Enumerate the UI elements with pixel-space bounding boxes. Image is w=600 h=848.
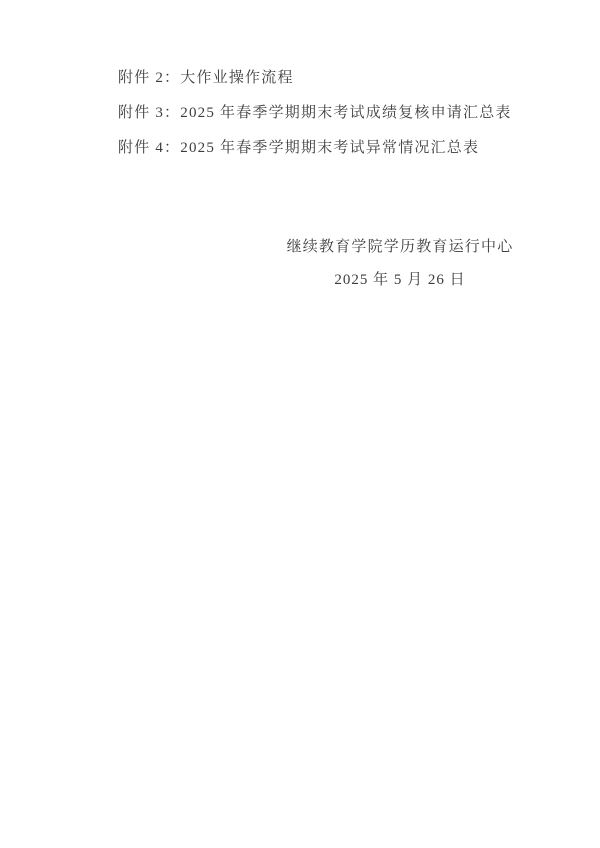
signature-organization: 继续教育学院学历教育运行中心 <box>283 237 517 257</box>
attachment-item-3: 附件 3：2025 年春季学期期末考试成绩复核申请汇总表 <box>118 96 540 131</box>
signature-date: 2025 年 5 月 26 日 <box>283 270 517 290</box>
attachment-item-4: 附件 4：2025 年春季学期期末考试异常情况汇总表 <box>118 131 540 166</box>
attachment-list: 附件 2：大作业操作流程 附件 3：2025 年春季学期期末考试成绩复核申请汇总… <box>118 61 540 166</box>
signature-block: 继续教育学院学历教育运行中心 2025 年 5 月 26 日 <box>283 237 517 290</box>
document-page: 附件 2：大作业操作流程 附件 3：2025 年春季学期期末考试成绩复核申请汇总… <box>0 0 600 848</box>
attachment-item-2: 附件 2：大作业操作流程 <box>118 61 540 96</box>
